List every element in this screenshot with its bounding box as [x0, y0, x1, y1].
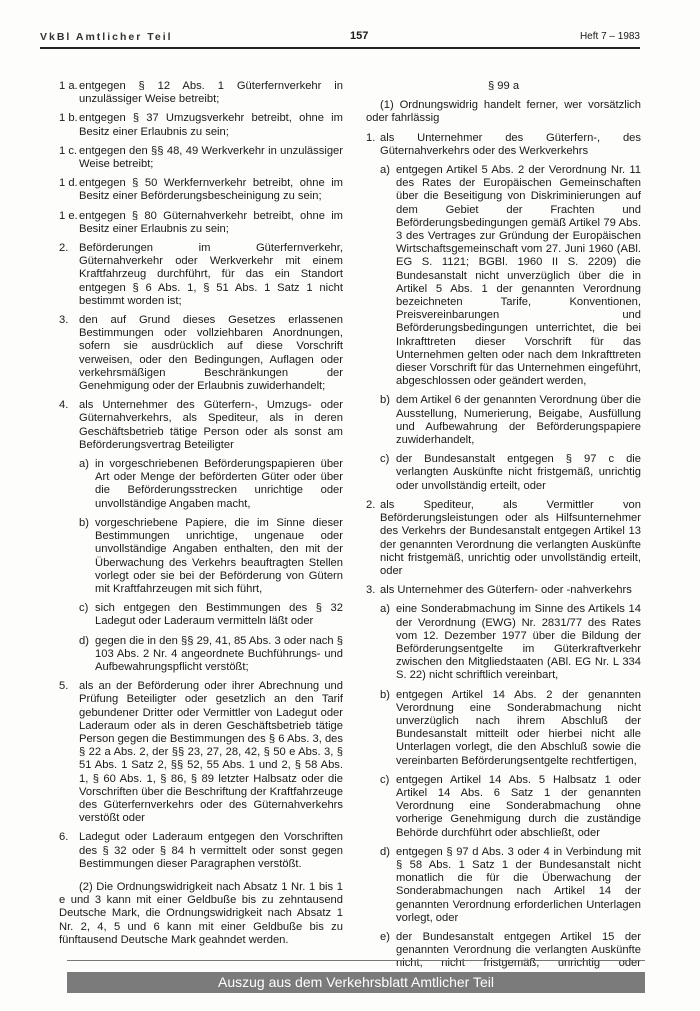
sub-text: sich entgegen den Bestimmungen des § 32 … [95, 602, 343, 627]
list-item: 3.als Unternehmer des Güterfern- oder -n… [366, 584, 641, 984]
item-number: 6. [59, 831, 68, 844]
list-item: 6.Ladegut oder Laderaum entgegen den Vor… [59, 831, 343, 871]
sub-text: dem Artikel 6 der genannten Verordnung ü… [396, 394, 641, 446]
sub-list: a)entgegen Artikel 5 Abs. 2 der Verordnu… [380, 164, 641, 493]
list-item: 1 c.entgegen den §§ 48, 49 Werkverkehr i… [59, 145, 343, 171]
item-number: 5. [59, 680, 68, 693]
footer-divider [67, 960, 645, 961]
item-text: entgegen § 37 Umzugsverkehr betreibt, oh… [79, 112, 343, 137]
sub-letter: c) [380, 774, 389, 787]
list-item: 5.als an der Beförderung oder ihrer Abre… [59, 680, 343, 825]
list-item: 4.als Unternehmer des Güterfern-, Umzugs… [59, 399, 343, 674]
sub-text: vorgeschriebene Papiere, die im Sinne di… [95, 517, 343, 595]
item-number: 4. [59, 399, 68, 412]
sub-letter: c) [380, 453, 389, 466]
item-number: 2. [366, 499, 375, 512]
sub-letter: e) [380, 931, 390, 944]
item-number: 3. [366, 584, 375, 597]
paragraph-2: (2) Die Ordnungswidrigkeit nach Absatz 1… [59, 881, 343, 947]
list-item: 3.den auf Grund dieses Gesetzes erlassen… [59, 314, 343, 393]
sub-text: eine Sonderabmachung im Sinne des Artike… [396, 603, 641, 681]
sub-text: entgegen Artikel 5 Abs. 2 der Verordnung… [396, 164, 641, 387]
item-text: als Unternehmer des Güterfern-, Umzugs- … [79, 399, 343, 451]
sub-item: a)entgegen Artikel 5 Abs. 2 der Verordnu… [380, 164, 641, 388]
left-column: 1 a.entgegen § 12 Abs. 1 Güterfernverkeh… [59, 80, 343, 953]
sub-letter: a) [380, 164, 390, 177]
sub-letter: d) [79, 635, 89, 648]
item-number: 1. [366, 132, 375, 145]
sub-item: a)in vorgeschriebenen Beförderungspapier… [79, 458, 343, 511]
item-number: 1 e. [59, 210, 78, 223]
sub-text: entgegen Artikel 14 Abs. 2 der genannten… [396, 689, 641, 767]
item-text: entgegen den §§ 48, 49 Werkverkehr in un… [79, 145, 343, 170]
sub-item: c)entgegen Artikel 14 Abs. 5 Halbsatz 1 … [380, 774, 641, 840]
item-text: den auf Grund dieses Gesetzes erlassenen… [79, 314, 343, 392]
sub-letter: a) [380, 603, 390, 616]
sub-text: in vorgeschriebenen Beförderungspapieren… [95, 458, 343, 510]
item-text: entgegen § 12 Abs. 1 Güterfernverkehr in… [79, 80, 343, 105]
list-item: 1 d.entgegen § 50 Werkfernverkehr betrei… [59, 177, 343, 203]
footer-banner: Auszug aus dem Verkehrsblatt Amtlicher T… [67, 972, 645, 993]
publication-name: VkBl Amtlicher Teil [40, 31, 173, 43]
sub-item: c)sich entgegen den Bestimmungen des § 3… [79, 602, 343, 628]
list-item: 1 e.entgegen § 80 Güternahverkehr betrei… [59, 210, 343, 236]
item-number: 1 b. [59, 112, 78, 125]
sub-text: gegen die in den §§ 29, 41, 85 Abs. 3 od… [95, 635, 343, 673]
item-number: 3. [59, 314, 68, 327]
sub-text: der Bundesanstalt entgegen § 97 c die ve… [396, 453, 641, 491]
sub-letter: a) [79, 458, 89, 471]
right-column: § 99 a (1) Ordnungswidrig handelt ferner… [366, 80, 641, 990]
item-text: Beförderungen im Güterfernverkehr, Güter… [79, 242, 343, 307]
item-text: als Unternehmer des Güterfern- oder -nah… [380, 584, 632, 596]
item-text: als Unternehmer des Güterfern-, des Güte… [380, 132, 641, 157]
page-header: VkBl Amtlicher Teil 157 Heft 7 – 1983 [40, 30, 640, 49]
item-text: Ladegut oder Laderaum entgegen den Vorsc… [79, 831, 343, 869]
issue-label: Heft 7 – 1983 [580, 31, 640, 42]
sub-text: entgegen Artikel 14 Abs. 5 Halbsatz 1 od… [396, 774, 641, 839]
item-text: entgegen § 50 Werkfernverkehr betreibt, … [79, 177, 343, 202]
item-number: 1 d. [59, 177, 78, 190]
sub-item: b)vorgeschriebene Papiere, die im Sinne … [79, 517, 343, 596]
list-item: 1.als Unternehmer des Güterfern-, des Gü… [366, 132, 641, 493]
sub-item: d)entgegen § 97 d Abs. 3 oder 4 in Verbi… [380, 846, 641, 925]
list-item: 1 a.entgegen § 12 Abs. 1 Güterfernverkeh… [59, 80, 343, 106]
item-number: 2. [59, 242, 68, 255]
section-intro: (1) Ordnungswidrig handelt ferner, wer v… [366, 99, 641, 125]
sub-item: b)entgegen Artikel 14 Abs. 2 der genannt… [380, 689, 641, 768]
sub-letter: b) [380, 394, 390, 407]
item-text: als an der Beförderung oder ihrer Abrech… [79, 680, 343, 824]
item-text: entgegen § 80 Güternahverkehr betreibt, … [79, 210, 343, 235]
sub-item: a)eine Sonderabmachung im Sinne des Arti… [380, 603, 641, 682]
list-item: 2.als Spediteur, als Vermittler von Befö… [366, 499, 641, 578]
item-number: 1 a. [59, 80, 78, 93]
sub-item: b)dem Artikel 6 der genannten Verordnung… [380, 394, 641, 447]
sub-letter: c) [79, 602, 88, 615]
item-number: 1 c. [59, 145, 77, 158]
sub-list: a)in vorgeschriebenen Beförderungspapier… [79, 458, 343, 674]
sub-item: d)gegen die in den §§ 29, 41, 85 Abs. 3 … [79, 635, 343, 675]
item-text: als Spediteur, als Vermittler von Beförd… [380, 499, 641, 577]
sub-text: entgegen § 97 d Abs. 3 oder 4 in Verbind… [396, 846, 641, 924]
sub-item: c)der Bundesanstalt entgegen § 97 c die … [380, 453, 641, 493]
list-item: 2.Beförderungen im Güterfernverkehr, Güt… [59, 242, 343, 308]
list-item: 1 b.entgegen § 37 Umzugsverkehr betreibt… [59, 112, 343, 138]
page-number: 157 [350, 30, 368, 42]
sub-list: a)eine Sonderabmachung im Sinne des Arti… [380, 603, 641, 983]
sub-letter: b) [380, 689, 390, 702]
sub-letter: b) [79, 517, 89, 530]
section-title: § 99 a [366, 80, 641, 93]
sub-letter: d) [380, 846, 390, 859]
